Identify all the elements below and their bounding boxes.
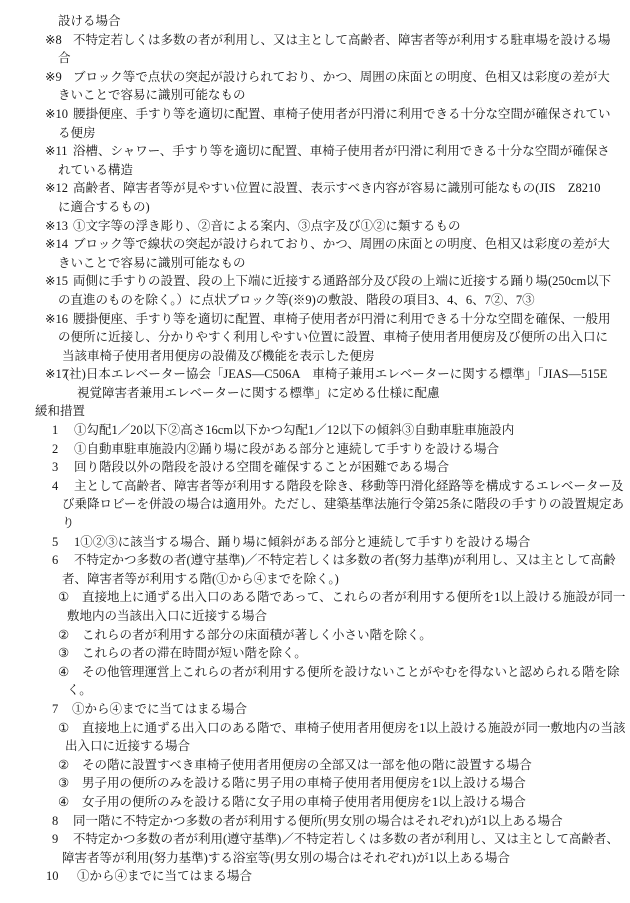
line-text: 合 (58, 49, 71, 68)
doc-line: る便房 (0, 124, 630, 143)
doc-line: 2①自動車駐車施設内②踊り場に段がある部分と連続して手すりを設ける場合 (0, 440, 630, 459)
document-page: 設ける場合※8不特定若しくは多数の者が利用し、又は主として高齢者、障害者等が利用… (0, 0, 630, 903)
line-marker: ② (58, 756, 69, 775)
line-marker: ① (58, 588, 69, 607)
doc-line: ※8不特定若しくは多数の者が利用し、又は主として高齢者、障害者等が利用する駐車場… (0, 31, 630, 50)
line-text: これらの者の滞在時間が短い階を除く。 (82, 644, 307, 663)
line-text: 1①②③に該当する場合、踊り場に傾斜がある部分と連続して手すりを設ける場合 (74, 533, 530, 552)
doc-line: ③男子用の便所のみを設ける階に男子用の車椅子使用者用便房を1以上設ける場合 (0, 774, 630, 793)
doc-line: 51①②③に該当する場合、踊り場に傾斜がある部分と連続して手すりを設ける場合 (0, 533, 630, 552)
doc-line: ※13①文字等の浮き彫り、②音による案内、③点字及び①②に類するもの (0, 217, 630, 236)
line-marker: 5 (52, 533, 58, 552)
doc-line: れている構造 (0, 161, 630, 180)
line-text: 不特定かつ多数の者が利用(遵守基準)／不特定若しくは多数の者が利用し、又は主とし… (73, 830, 619, 849)
doc-line: 出入口に近接する場合 (0, 737, 630, 756)
doc-line: 9不特定かつ多数の者が利用(遵守基準)／不特定若しくは多数の者が利用し、又は主と… (0, 830, 630, 849)
line-marker: ※15 (45, 272, 68, 291)
doc-line: の便所に近接し、分かりやすく利用しやすい位置に設置、車椅子使用者用便房及び便所の… (0, 328, 630, 347)
line-text: の直進のものを除く。）に点状ブロック等(※9)の敷設、階段の項目3、4、6、7②… (58, 291, 535, 310)
line-text: ブロック等で線状の突起が設けられており、かつ、周囲の床面との明度、色相又は彩度の… (73, 235, 610, 254)
doc-line: ②その階に設置すべき車椅子使用者用便房の全部又は一部を他の階に設置する場合 (0, 756, 630, 775)
line-marker: 3 (52, 458, 58, 477)
line-text: 男子用の便所のみを設ける階に男子用の車椅子使用者用便房を1以上設ける場合 (82, 774, 526, 793)
doc-line: く。 (0, 681, 630, 700)
line-marker: 7 (52, 700, 58, 719)
doc-line: 10①から④までに当てはまる場合 (0, 867, 630, 886)
line-marker: 4 (52, 477, 58, 496)
line-text: 高齢者、障害者等が見やすい位置に設置、表示すべき内容が容易に識別可能なもの(JI… (73, 179, 601, 198)
line-text: ブロック等で点状の突起が設けられており、かつ、周囲の床面との明度、色相又は彩度の… (73, 68, 610, 87)
document-lines: 設ける場合※8不特定若しくは多数の者が利用し、又は主として高齢者、障害者等が利用… (0, 12, 630, 886)
doc-line: ※9ブロック等で点状の突起が設けられており、かつ、周囲の床面との明度、色相又は彩… (0, 68, 630, 87)
doc-line: きいことで容易に識別可能なもの (0, 86, 630, 105)
doc-line: ②これらの者が利用する部分の床面積が著しく小さい階を除く。 (0, 626, 630, 645)
line-text: 設ける場合 (58, 12, 121, 31)
doc-line: 障害者等が利用(努力基準)する浴室等(男女別の場合はそれぞれ)が1以上ある場合 (0, 849, 630, 868)
line-text: 両側に手すりの設置、段の上下端に近接する通路部分及び段の上端に近接する踊り場(2… (73, 272, 611, 291)
line-text: 同一階に不特定かつ多数の者が利用する便所(男女別の場合はそれぞれ)が1以上ある場… (73, 812, 563, 831)
line-text: (社)日本エレベーター協会「JEAS―C506A 車椅子兼用エレベーターに関する… (65, 365, 607, 384)
doc-line: ※11浴槽、シャワー、手すり等を適切に配置、車椅子使用者が円滑に利用できる十分な… (0, 142, 630, 161)
doc-line: ④その他管理運営上これらの者が利用する便所を設けないことがやむを得ないと認められ… (0, 663, 630, 682)
doc-line: ※15両側に手すりの設置、段の上下端に近接する通路部分及び段の上端に近接する踊り… (0, 272, 630, 291)
doc-line: の直進のものを除く。）に点状ブロック等(※9)の敷設、階段の項目3、4、6、7②… (0, 291, 630, 310)
line-marker: ※11 (45, 142, 68, 161)
doc-line: 緩和措置 (0, 402, 630, 421)
line-text: 者、障害者等が利用する階(①から④までを除く。) (62, 570, 339, 589)
line-text: れている構造 (58, 161, 133, 180)
line-marker: 10 (46, 867, 59, 886)
line-marker: ※9 (45, 68, 62, 87)
line-marker: ※14 (45, 235, 68, 254)
doc-line: 設ける場合 (0, 12, 630, 31)
line-text: 敷地内の当該出入口に近接する場合 (67, 607, 267, 626)
line-marker: ④ (58, 663, 69, 682)
line-text: ①から④までに当てはまる場合 (72, 700, 247, 719)
doc-line: 1①勾配1／20以下②高さ16cm以下かつ勾配1／12以下の傾斜③自動車駐車施設… (0, 421, 630, 440)
doc-line: ④女子用の便所のみを設ける階に女子用の車椅子使用者用便房を1以上設ける場合 (0, 793, 630, 812)
line-marker: 9 (52, 830, 58, 849)
line-marker: ④ (58, 793, 69, 812)
doc-line: 7①から④までに当てはまる場合 (0, 700, 630, 719)
line-text: 腰掛便座、手すり等を適切に配置、車椅子使用者が円滑に利用できる十分な空間が確保さ… (73, 105, 611, 124)
line-text: び乗降ロビーを併設の場合は適用外。ただし、建築基準法施行令第25条に階段の手すり… (62, 495, 624, 514)
doc-line: 合 (0, 49, 630, 68)
line-marker: ※13 (45, 217, 68, 236)
line-marker: ③ (58, 774, 69, 793)
line-marker: ※16 (45, 310, 68, 329)
line-marker: ※8 (45, 31, 62, 50)
doc-line: 8同一階に不特定かつ多数の者が利用する便所(男女別の場合はそれぞれ)が1以上ある… (0, 812, 630, 831)
doc-line: 4主として高齢者、障害者等が利用する階段を除き、移動等円滑化経路等を構成するエレ… (0, 477, 630, 496)
doc-line: ※14ブロック等で線状の突起が設けられており、かつ、周囲の床面との明度、色相又は… (0, 235, 630, 254)
line-text: ①文字等の浮き彫り、②音による案内、③点字及び①②に類するもの (73, 217, 461, 236)
doc-line: ①直接地上に通ずる出入口のある階で、車椅子使用者用便房を1以上設ける施設が同一敷… (0, 719, 630, 738)
line-text: その他管理運営上これらの者が利用する便所を設けないことがやむを得ないと認められる… (82, 663, 620, 682)
doc-line: 視覚障害者兼用エレベーターに関する標準」に定める仕様に配慮 (0, 384, 630, 403)
line-text: り (62, 514, 75, 533)
line-text: 回り階段以外の階段を設ける空間を確保することが困難である場合 (74, 458, 449, 477)
line-text: 視覚障害者兼用エレベーターに関する標準」に定める仕様に配慮 (77, 384, 440, 403)
line-marker: ② (58, 626, 69, 645)
line-marker: ③ (58, 644, 69, 663)
line-text: 当該車椅子使用者用便房の設備及び機能を表示した便房 (62, 347, 375, 366)
line-text: く。 (67, 681, 92, 700)
line-marker: ① (58, 719, 69, 738)
line-marker: 6 (52, 551, 58, 570)
doc-line: ※16腰掛便座、手すり等を適切に配置、車椅子使用者が円滑に利用できる十分な空間を… (0, 310, 630, 329)
doc-line: ①直接地上に通ずる出入口のある階であって、これらの者が利用する便所を1以上設ける… (0, 588, 630, 607)
doc-line: り (0, 514, 630, 533)
line-text: 直接地上に通ずる出入口のある階で、車椅子使用者用便房を1以上設ける施設が同一敷地… (82, 719, 626, 738)
line-text: ①から④までに当てはまる場合 (77, 867, 252, 886)
line-text: これらの者が利用する部分の床面積が著しく小さい階を除く。 (82, 626, 432, 645)
doc-line: きいことで容易に識別可能なもの (0, 254, 630, 273)
line-text: る便房 (58, 124, 96, 143)
doc-line: ※10腰掛便座、手すり等を適切に配置、車椅子使用者が円滑に利用できる十分な空間が… (0, 105, 630, 124)
doc-line: 3回り階段以外の階段を設ける空間を確保することが困難である場合 (0, 458, 630, 477)
line-marker: 1 (52, 421, 58, 440)
line-marker: 2 (52, 440, 58, 459)
line-text: 主として高齢者、障害者等が利用する階段を除き、移動等円滑化経路等を構成するエレベ… (74, 477, 624, 496)
doc-line: ※12高齢者、障害者等が見やすい位置に設置、表示すべき内容が容易に識別可能なもの… (0, 179, 630, 198)
line-text: その階に設置すべき車椅子使用者用便房の全部又は一部を他の階に設置する場合 (82, 756, 532, 775)
line-marker: 8 (52, 812, 58, 831)
doc-line: ※17(社)日本エレベーター協会「JEAS―C506A 車椅子兼用エレベーターに… (0, 365, 630, 384)
line-marker: ※10 (45, 105, 68, 124)
line-text: 不特定若しくは多数の者が利用し、又は主として高齢者、障害者等が利用する駐車場を設… (73, 31, 611, 50)
line-text: ①勾配1／20以下②高さ16cm以下かつ勾配1／12以下の傾斜③自動車駐車施設内 (74, 421, 514, 440)
line-text: 緩和措置 (35, 402, 85, 421)
doc-line: 敷地内の当該出入口に近接する場合 (0, 607, 630, 626)
doc-line: ③これらの者の滞在時間が短い階を除く。 (0, 644, 630, 663)
doc-line: び乗降ロビーを併設の場合は適用外。ただし、建築基準法施行令第25条に階段の手すり… (0, 495, 630, 514)
line-text: の便所に近接し、分かりやすく利用しやすい位置に設置、車椅子使用者用便房及び便所の… (58, 328, 608, 347)
line-marker: ※12 (45, 179, 68, 198)
doc-line: 6不特定かつ多数の者(遵守基準)／不特定若しくは多数の者(努力基準)が利用し、又… (0, 551, 630, 570)
line-text: 不特定かつ多数の者(遵守基準)／不特定若しくは多数の者(努力基準)が利用し、又は… (74, 551, 616, 570)
line-text: に適合するもの) (58, 198, 150, 217)
doc-line: 当該車椅子使用者用便房の設備及び機能を表示した便房 (0, 347, 630, 366)
line-text: 腰掛便座、手すり等を適切に配置、車椅子使用者が円滑に利用できる十分な空間を確保、… (73, 310, 611, 329)
doc-line: に適合するもの) (0, 198, 630, 217)
line-text: 出入口に近接する場合 (65, 737, 190, 756)
line-text: ①自動車駐車施設内②踊り場に段がある部分と連続して手すりを設ける場合 (74, 440, 499, 459)
line-text: 直接地上に通ずる出入口のある階であって、これらの者が利用する便所を1以上設ける施… (82, 588, 625, 607)
line-text: 浴槽、シャワー、手すり等を適切に配置、車椅子使用者が円滑に利用できる十分な空間が… (73, 142, 610, 161)
line-text: 障害者等が利用(努力基準)する浴室等(男女別の場合はそれぞれ)が1以上ある場合 (62, 849, 510, 868)
line-text: きいことで容易に識別可能なもの (58, 86, 246, 105)
doc-line: 者、障害者等が利用する階(①から④までを除く。) (0, 570, 630, 589)
line-text: 女子用の便所のみを設ける階に女子用の車椅子使用者用便房を1以上設ける場合 (82, 793, 526, 812)
line-text: きいことで容易に識別可能なもの (58, 254, 246, 273)
line-marker: ※17 (45, 365, 68, 384)
